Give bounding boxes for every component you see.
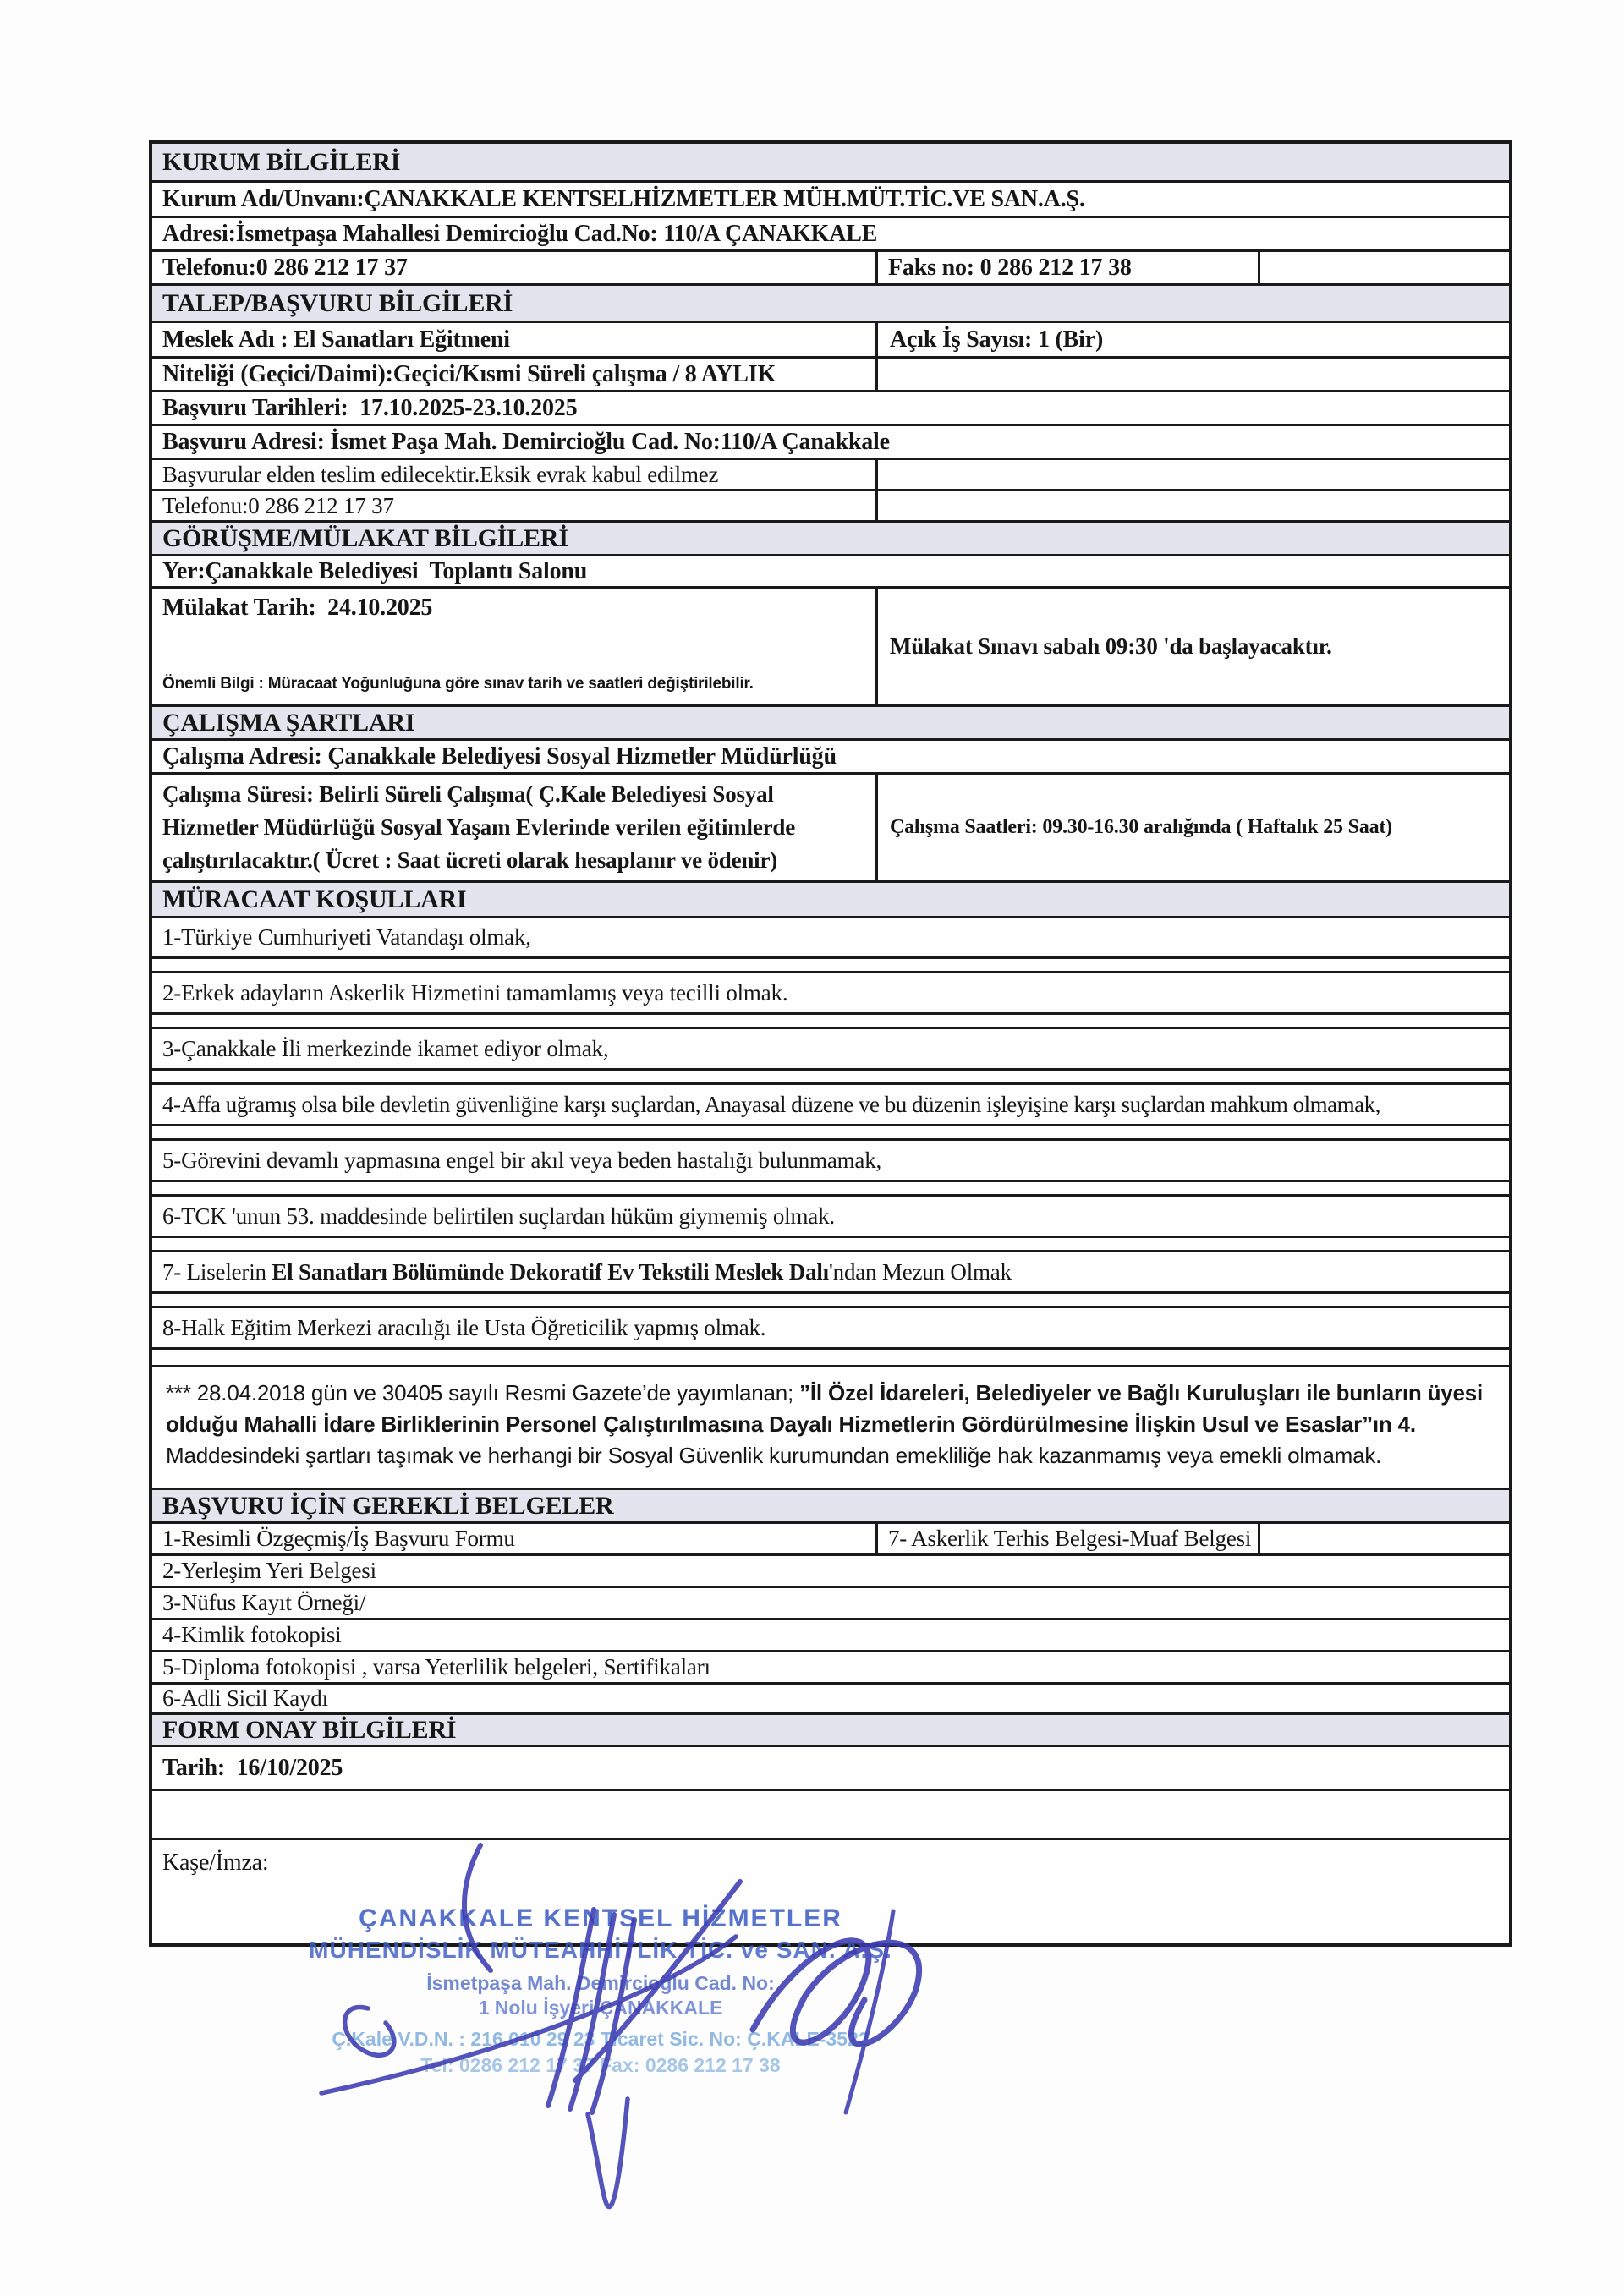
belge-7-text: 7- Askerlik Terhis Belgesi-Muaf Belgesi [888,1525,1251,1552]
row-gap [152,1350,1509,1365]
list-item: 3-Çanakkale İli merkezinde ikamet ediyor… [152,1027,1509,1071]
cell-faks: Faks no: 0 286 212 17 38 [878,252,1260,283]
mevzuat-notu-text: *** 28.04.2018 gün ve 30405 sayılı Resmi… [152,1367,1509,1482]
muracaat-item-4: 4-Affa uğramış olsa bile devletin güvenl… [152,1091,1380,1118]
row-gap [152,959,1509,971]
niteligi-text: Niteliği (Geçici/Daimi):Geçici/Kısmi Sür… [162,360,776,389]
section-title: BAŞVURU İÇİN GEREKLİ BELGELER [152,1491,614,1521]
section-header-onay: FORM ONAY BİLGİLERİ [152,1715,1509,1747]
cell-meslek: Meslek Adı : El Sanatları Eğitmeni [152,323,878,356]
row-belge-4: 4-Kimlik fotokopisi [152,1620,1509,1652]
kurum-adres-text: Adresi:İsmetpaşa Mahallesi Demircioğlu C… [152,220,877,249]
section-title: GÖRÜŞME/MÜLAKAT BİLGİLERİ [152,523,568,554]
row-calisma-suresi: Çalışma Süresi: Belirli Süreli Çalışma( … [152,775,1509,883]
muracaat-item-6: 6-TCK 'unun 53. maddesinde belirtilen su… [152,1203,835,1230]
row-belge-3: 3-Nüfus Kayıt Örneği/ [152,1588,1509,1620]
row-gap [152,1126,1509,1138]
calisma-adresi-text: Çalışma Adresi: Çanakkale Belediyesi Sos… [152,743,837,771]
cell-acik-is: Açık İş Sayısı: 1 (Bir) [878,323,1509,356]
section-title: ÇALIŞMA ŞARTLARI [152,708,414,738]
cell-empty [878,460,1509,489]
section-header-talep: TALEP/BAŞVURU BİLGİLERİ [152,286,1509,323]
cell-calisma-suresi: Çalışma Süresi: Belirli Süreli Çalışma( … [152,775,878,880]
list-item: 2-Erkek adayların Askerlik Hizmetini tam… [152,971,1509,1015]
belge-1-text: 1-Resimli Özgeçmiş/İş Başvuru Formu [162,1525,515,1552]
row-belge-1: 1-Resimli Özgeçmiş/İş Başvuru Formu 7- A… [152,1524,1509,1556]
list-item: 7- Liselerin El Sanatları Bölümünde Deko… [152,1250,1509,1294]
row-talep-telefon: Telefonu:0 286 212 17 37 [152,491,1509,523]
muracaat-item-1: 1-Türkiye Cumhuriyeti Vatandaşı olmak, [152,923,531,951]
row-gap [152,1238,1509,1250]
belge-6-text: 6-Adli Sicil Kaydı [152,1685,328,1712]
yer-text: Yer:Çanakkale Belediyesi Toplantı Salonu [152,557,587,586]
onay-tarih-text: Tarih: 16/10/2025 [152,1754,343,1783]
mulakat-tarih-text: Mülakat Tarih: 24.10.2025 [162,594,432,622]
cell-empty [878,359,1509,390]
cell-telefon2: Telefonu:0 286 212 17 37 [152,491,878,520]
row-basvuru-adresi: Başvuru Adresi: İsmet Paşa Mah. Demircio… [152,426,1509,460]
scanned-job-posting-form: KURUM BİLGİLERİ Kurum Adı/Unvanı:ÇANAKKA… [0,0,1624,2296]
cell-mulakat-tarih: Mülakat Tarih: 24.10.2025 Önemli Bilgi :… [152,589,878,704]
cell-mulakat-sinav: Mülakat Sınavı sabah 09:30 'da başlayaca… [878,589,1509,704]
muracaat-item-3: 3-Çanakkale İli merkezinde ikamet ediyor… [152,1035,608,1062]
row-calisma-adresi: Çalışma Adresi: Çanakkale Belediyesi Sos… [152,741,1509,775]
calisma-suresi-text: Çalışma Süresi: Belirli Süreli Çalışma( … [162,778,875,877]
telefon-text: Telefonu:0 286 212 17 37 [162,254,408,282]
row-belge-6: 6-Adli Sicil Kaydı [152,1685,1509,1715]
calisma-saatleri-text: Çalışma Saatleri: 09.30-16.30 aralığında… [890,815,1392,840]
cell-teslim: Başvurular elden teslim edilecektir.Eksi… [152,460,878,489]
row-kurum-adres: Adresi:İsmetpaşa Mahallesi Demircioğlu C… [152,218,1509,252]
row-gap [152,1294,1509,1306]
telefon2-text: Telefonu:0 286 212 17 37 [162,492,394,519]
kurum-adi-text: Kurum Adı/Unvanı:ÇANAKKALE KENTSELHİZMET… [152,185,1085,214]
teslim-text: Başvurular elden teslim edilecektir.Eksi… [162,461,718,488]
row-meslek: Meslek Adı : El Sanatları Eğitmeni Açık … [152,323,1509,359]
row-gap [152,1182,1509,1194]
row-yer: Yer:Çanakkale Belediyesi Toplantı Salonu [152,556,1509,589]
meslek-text: Meslek Adı : El Sanatları Eğitmeni [162,326,510,354]
cell-empty [1260,1524,1509,1553]
belge-2-text: 2-Yerleşim Yeri Belgesi [152,1557,376,1584]
row-teslim-notu: Başvurular elden teslim edilecektir.Eksi… [152,460,1509,491]
muracaat-item-8: 8-Halk Eğitim Merkezi aracılığı ile Usta… [152,1314,765,1341]
list-item: 4-Affa uğramış olsa bile devletin güvenl… [152,1082,1509,1126]
cell-niteligi: Niteliği (Geçici/Daimi):Geçici/Kısmi Sür… [152,359,878,390]
row-mevzuat-notu: *** 28.04.2018 gün ve 30405 sayılı Resmi… [152,1365,1509,1490]
row-kurum-adi: Kurum Adı/Unvanı:ÇANAKKALE KENTSELHİZMET… [152,183,1509,218]
belge-3-text: 3-Nüfus Kayıt Örneği/ [152,1589,365,1616]
row-belge-2: 2-Yerleşim Yeri Belgesi [152,1556,1509,1588]
section-title: FORM ONAY BİLGİLERİ [152,1715,456,1745]
cell-empty [1260,252,1509,283]
section-header-gorusme: GÖRÜŞME/MÜLAKAT BİLGİLERİ [152,523,1509,556]
cell-telefon: Telefonu:0 286 212 17 37 [152,252,878,283]
cell-calisma-saatleri: Çalışma Saatleri: 09.30-16.30 aralığında… [878,775,1509,880]
belge-4-text: 4-Kimlik fotokopisi [152,1621,341,1648]
section-header-belgeler: BAŞVURU İÇİN GEREKLİ BELGELER [152,1490,1509,1524]
section-title: MÜRACAAT KOŞULLARI [152,885,467,915]
cell-belge-1: 1-Resimli Özgeçmiş/İş Başvuru Formu [152,1524,878,1553]
list-item: 5-Görevini devamlı yapmasına engel bir a… [152,1138,1509,1182]
row-basvuru-tarihleri: Başvuru Tarihleri: 17.10.2025-23.10.2025 [152,392,1509,426]
row-gap [152,1015,1509,1027]
basvuru-tarihleri-text: Başvuru Tarihleri: 17.10.2025-23.10.2025 [152,394,577,423]
list-item: 6-TCK 'unun 53. maddesinde belirtilen su… [152,1194,1509,1238]
cell-belge-7: 7- Askerlik Terhis Belgesi-Muaf Belgesi [878,1524,1260,1553]
signature [211,1801,1015,2275]
row-telefon-faks: Telefonu:0 286 212 17 37 Faks no: 0 286 … [152,252,1509,286]
row-belge-5: 5-Diploma fotokopisi , varsa Yeterlilik … [152,1652,1509,1685]
mulakat-sinav-text: Mülakat Sınavı sabah 09:30 'da başlayaca… [890,633,1332,660]
list-item: 1-Türkiye Cumhuriyeti Vatandaşı olmak, [152,918,1509,959]
section-header-calisma: ÇALIŞMA ŞARTLARI [152,707,1509,741]
muracaat-item-5: 5-Görevini devamlı yapmasına engel bir a… [152,1147,881,1174]
form-table: KURUM BİLGİLERİ Kurum Adı/Unvanı:ÇANAKKA… [149,140,1512,1947]
section-title: KURUM BİLGİLERİ [152,147,400,178]
cell-empty [878,491,1509,520]
section-header-kurum: KURUM BİLGİLERİ [152,144,1509,183]
basvuru-adresi-text: Başvuru Adresi: İsmet Paşa Mah. Demircio… [152,428,890,457]
section-header-muracaat: MÜRACAAT KOŞULLARI [152,883,1509,918]
faks-text: Faks no: 0 286 212 17 38 [888,254,1132,282]
section-title: TALEP/BAŞVURU BİLGİLERİ [152,288,513,319]
acik-is-text: Açık İş Sayısı: 1 (Bir) [890,326,1103,354]
belge-5-text: 5-Diploma fotokopisi , varsa Yeterlilik … [152,1653,710,1680]
row-gap [152,1071,1509,1082]
row-onay-tarih: Tarih: 16/10/2025 [152,1747,1509,1791]
muracaat-item-7: 7- Liselerin El Sanatları Bölümünde Deko… [152,1258,1012,1285]
list-item: 8-Halk Eğitim Merkezi aracılığı ile Usta… [152,1306,1509,1350]
muracaat-item-2: 2-Erkek adayların Askerlik Hizmetini tam… [152,979,787,1006]
row-niteligi: Niteliği (Geçici/Daimi):Geçici/Kısmi Sür… [152,359,1509,392]
row-mulakat: Mülakat Tarih: 24.10.2025 Önemli Bilgi :… [152,589,1509,707]
onemli-bilgi-text: Önemli Bilgi : Müracaat Yoğunluğuna göre… [162,675,754,694]
